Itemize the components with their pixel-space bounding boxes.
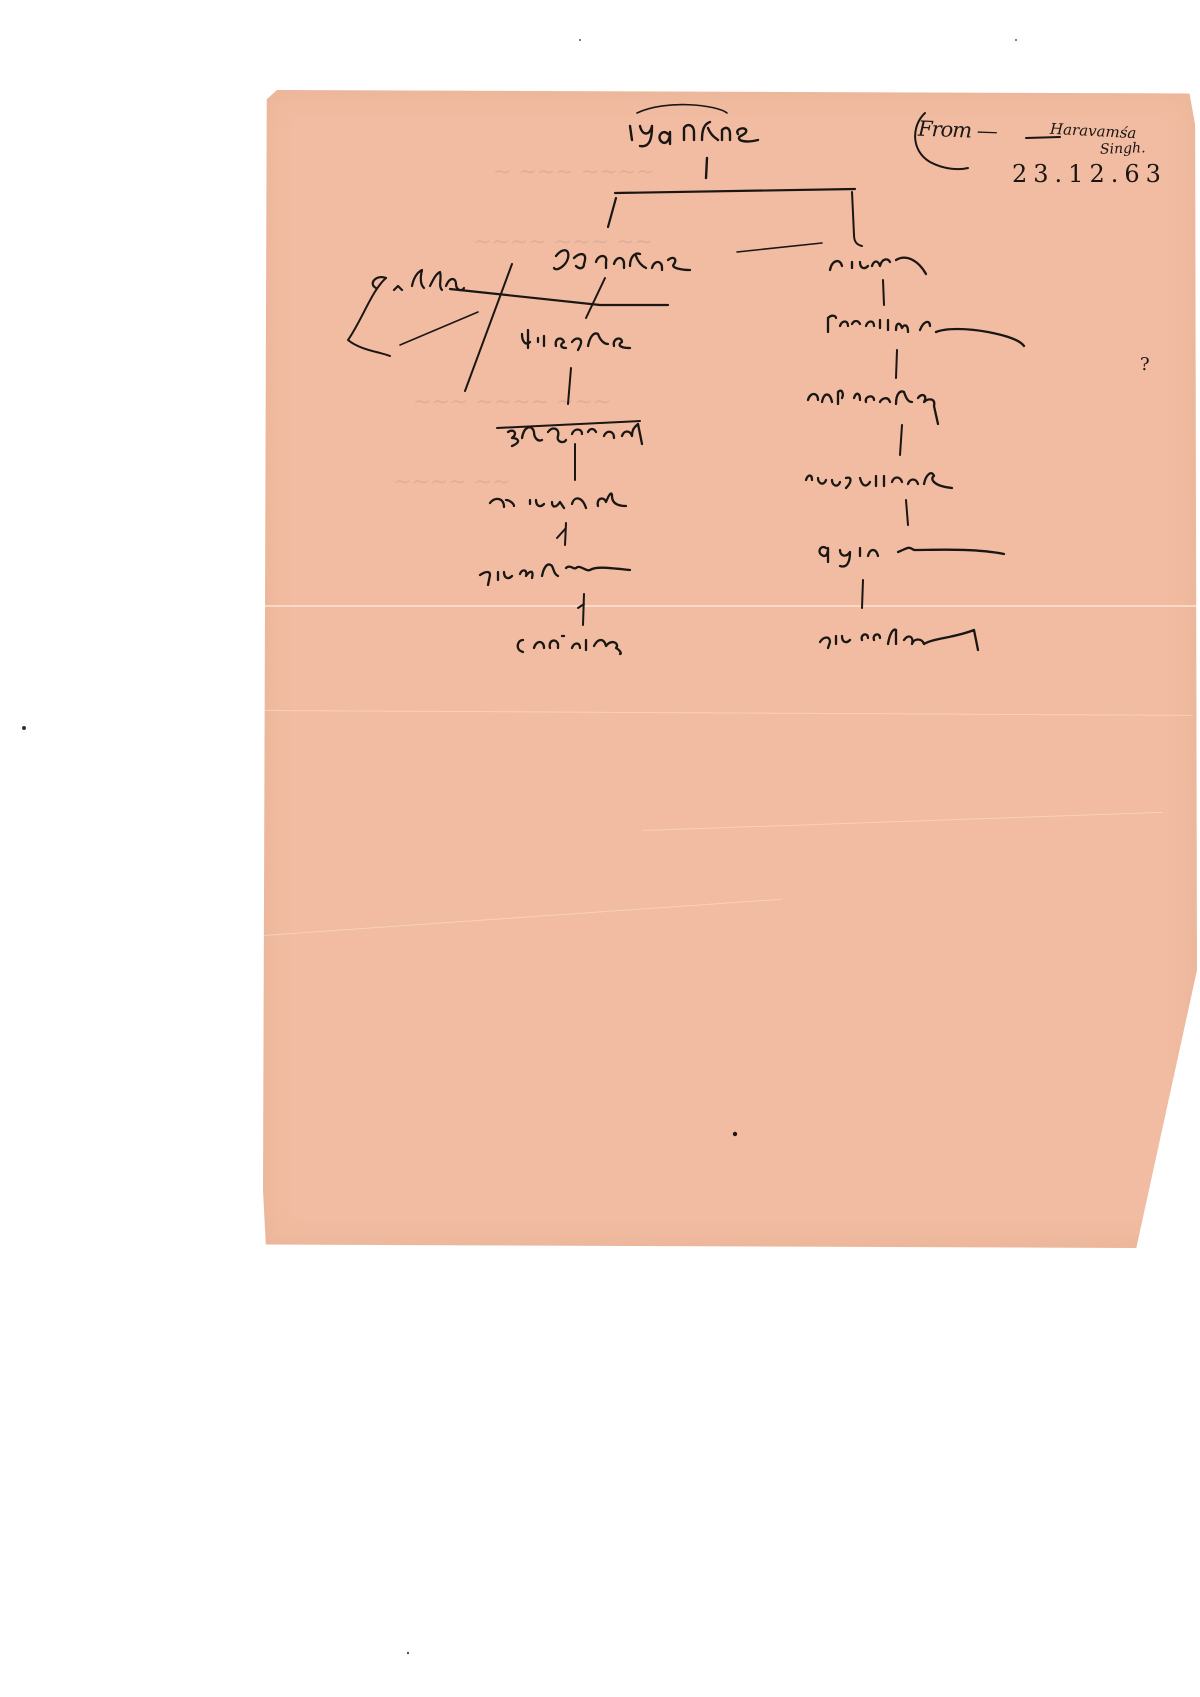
paper-crease xyxy=(263,899,782,936)
scan-speck xyxy=(579,39,581,41)
paper-crease xyxy=(643,812,1163,831)
show-through-text: ~~~~ ~~~ ~~ xyxy=(473,230,653,255)
date: 23.12.63 xyxy=(1012,160,1167,188)
author-surname: Singh. xyxy=(1100,140,1146,158)
scan-speck xyxy=(22,726,26,730)
from-label: From — xyxy=(918,117,998,144)
margin-question-mark: ? xyxy=(1140,354,1150,375)
scan-speck xyxy=(1015,39,1017,41)
scan-speck xyxy=(407,1652,409,1654)
paper-crease xyxy=(263,710,1193,716)
fold-line xyxy=(263,605,1197,607)
show-through-text: ~~~ ~~~~ ~~~ xyxy=(413,390,611,415)
paper-sheet: ~ ~~~ ~~~~ ~~~~ ~~~ ~~ ~~~ ~~~~ ~~~ ~~~~… xyxy=(263,90,1197,1248)
show-through-text: ~ ~~~ ~~~~ xyxy=(493,160,654,185)
show-through-text: ~~~~ ~~ xyxy=(393,470,511,495)
